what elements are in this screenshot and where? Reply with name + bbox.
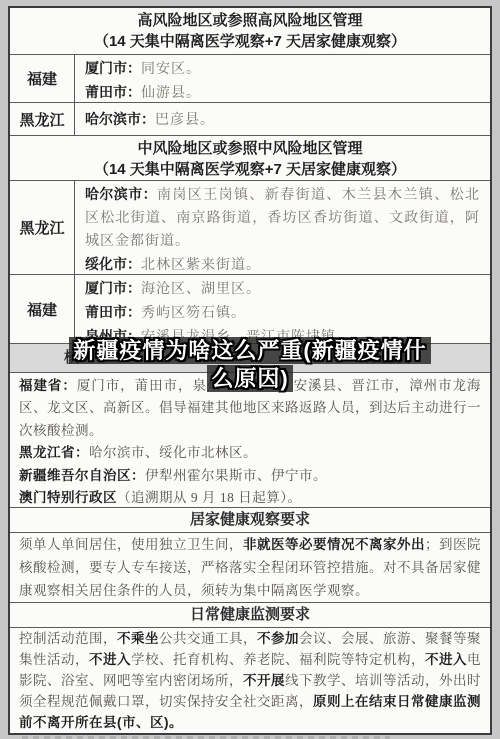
area-list: 北林区紫来街道。 — [141, 258, 261, 273]
text-run: 新疆维吾尔自治区： — [19, 468, 145, 483]
overlay-title-line1: 新疆疫情为啥这么严重(新疆疫情什 — [69, 337, 430, 364]
city-entry: 莆田市：秀屿区笏石镇。 — [85, 301, 480, 325]
text-run: 伊犁州霍尔果斯市、伊宁市。 — [145, 468, 327, 483]
high-risk-title: 高风险地区或参照高风险地区管理 — [10, 10, 490, 31]
city-entry: 莆田市：仙游县。 — [85, 81, 480, 102]
area-list: 同安区。 — [141, 62, 201, 77]
table-row: 福建 厦门市：同安区。 莆田市：仙游县。 — [10, 54, 490, 102]
text-run: 澳门特别行政区 — [19, 490, 117, 505]
city-name: 哈尔滨市： — [85, 186, 157, 202]
text-run: 不参加 — [257, 631, 299, 646]
text-run: 不进入 — [89, 652, 131, 667]
mid-risk-title: 中风险地区或参照中风险地区管理 — [10, 138, 490, 159]
city-name: 莆田市： — [85, 84, 141, 100]
daily-monitoring-header: 日常健康监测要求 — [10, 602, 490, 627]
mid-risk-header: 中风险地区或参照中风险地区管理 （14 天集中隔离医学观察+7 天居家健康观察） — [10, 135, 490, 180]
home-observation-paragraph: 须单人单间居住，使用独立卫生间，非就医等必要情况不离家外出；到医院核酸检测，要专… — [10, 532, 490, 602]
province-areas-cell: 哈尔滨市：巴彦县。 — [75, 103, 490, 135]
city-name: 厦门市： — [85, 60, 141, 76]
city-name: 莆田市： — [85, 304, 141, 320]
province-areas-cell: 厦门市：海沧区、湖里区。 莆田市：秀屿区笏石镇。 泉州市：安溪县龙涓乡、晋江市陈… — [75, 275, 490, 343]
area-list: 仙游县。 — [141, 86, 201, 101]
text-run: 哈尔滨市、绥化市北林区。 — [89, 445, 257, 460]
text-run: 须单人单间居住，使用独立卫生间， — [19, 537, 243, 552]
area-list: 秀屿区笏石镇。 — [141, 306, 246, 321]
city-entry: 绥化市：北林区紫来街道。 — [85, 253, 480, 274]
text-run: 黑龙江省： — [19, 445, 89, 460]
province-label: 福建 — [10, 275, 75, 343]
province-label: 黑龙江 — [10, 103, 75, 135]
area-list: 海沧区、湖里区。 — [141, 282, 261, 297]
mid-risk-subtitle: （14 天集中隔离医学观察+7 天居家健康观察） — [10, 159, 490, 180]
text-run: 公共交通工具， — [159, 631, 257, 646]
daily-monitoring-paragraph: 控制活动范围，不乘坐公共交通工具，不参加会议、会展、旅游、聚餐等聚集性活动，不进… — [10, 627, 490, 733]
text-run: 控制活动范围， — [19, 631, 117, 646]
text-run: 学校、托育机构、养老院、福利院等特定机构， — [131, 652, 425, 667]
city-name: 绥化市： — [85, 256, 141, 272]
city-entry: 哈尔滨市：南岗区王岗镇、新春街道、木兰县木兰镇、松北区松北街道、南京路街道，香坊… — [85, 183, 480, 253]
heilongjiang-paragraph: 黑龙江省：哈尔滨市、绥化市北林区。 — [19, 442, 481, 464]
city-entry: 厦门市：同安区。 — [85, 57, 480, 81]
city-name: 哈尔滨市： — [85, 111, 155, 127]
home-observation-header: 居家健康观察要求 — [10, 507, 490, 532]
high-risk-subtitle: （14 天集中隔离医学观察+7 天居家健康观察） — [10, 31, 490, 52]
overlay-article-title: 新疆疫情为啥这么严重(新疆疫情什 么原因) — [0, 337, 500, 393]
city-name: 厦门市： — [85, 280, 141, 296]
province-label: 黑龙江 — [10, 181, 75, 274]
text-run: 不开展 — [243, 673, 285, 688]
high-risk-header: 高风险地区或参照高风险地区管理 （14 天集中隔离医学观察+7 天居家健康观察） — [10, 8, 490, 54]
city-entry: 厦门市：海沧区、湖里区。 — [85, 277, 480, 301]
macau-paragraph: 澳门特别行政区（追溯期从 9 月 18 日起算）。 — [19, 487, 481, 507]
overlay-title-line2: 么原因) — [207, 365, 292, 392]
text-run: 非就医等必要情况不离家外出 — [243, 537, 425, 552]
city-entry: 哈尔滨市：巴彦县。 — [85, 108, 480, 132]
province-label: 福建 — [10, 55, 75, 102]
text-run: 不进入 — [425, 652, 467, 667]
province-areas-cell: 哈尔滨市：南岗区王岗镇、新春街道、木兰县木兰镇、松北区松北街道、南京路街道，香坊… — [75, 181, 490, 274]
xinjiang-paragraph: 新疆维吾尔自治区：伊犁州霍尔果斯市、伊宁市。 — [19, 465, 481, 487]
table-row: 黑龙江 哈尔滨市：巴彦县。 — [10, 102, 490, 135]
text-run: 不乘坐 — [117, 631, 159, 646]
province-areas-cell: 厦门市：同安区。 莆田市：仙游县。 — [75, 55, 490, 102]
table-row: 福建 厦门市：海沧区、湖里区。 莆田市：秀屿区笏石镇。 泉州市：安溪县龙涓乡、晋… — [10, 274, 490, 343]
area-list: 巴彦县。 — [155, 113, 215, 128]
table-row: 黑龙江 哈尔滨市：南岗区王岗镇、新春街道、木兰县木兰镇、松北区松北街道、南京路街… — [10, 180, 490, 274]
text-run: （追溯期从 9 月 18 日起算）。 — [117, 490, 302, 505]
